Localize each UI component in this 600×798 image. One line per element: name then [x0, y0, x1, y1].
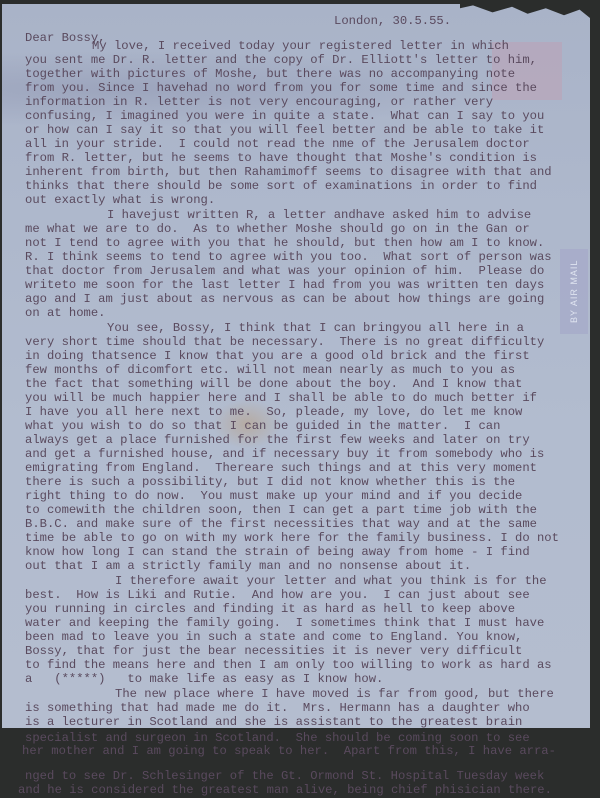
- letter-line: few months of dicomfort etc. will not me…: [25, 363, 515, 378]
- letter-line: The new place where I have moved is far …: [115, 687, 554, 702]
- letter-line: together with pictures of Moshe, but the…: [25, 67, 515, 82]
- letter-line: not I tend to agree with you that he sho…: [25, 236, 544, 251]
- letter-line: I havejust written R, a letter andhave a…: [107, 208, 531, 223]
- letter-line: best. How is Liki and Rutie. And how are…: [25, 588, 530, 603]
- letter-line: or how can I say it so that you will fee…: [25, 123, 544, 138]
- letter-line: there is such a possibility, but I did n…: [25, 475, 515, 490]
- letter-line: been mad to leave you in such a state an…: [25, 630, 522, 645]
- place-date: London, 30.5.55.: [334, 14, 451, 29]
- letter-line: is a lecturer in Scotland and she is ass…: [25, 715, 522, 730]
- letter-line: R. I think seems to tend to agree with y…: [25, 250, 552, 265]
- letter-line: me what we are to do. As to whether Mosh…: [25, 222, 530, 237]
- letter-line: B.B.C. and make sure of the first necess…: [25, 517, 537, 532]
- letter-line: I have you all here next to me. So, plea…: [25, 405, 522, 420]
- letter-line: ago and I am just about as nervous as ca…: [25, 292, 544, 307]
- letter-line: thinks that there should be some sort of…: [25, 179, 537, 194]
- letter-line: water and keeping the family going. I so…: [25, 616, 544, 631]
- letter-line: always get a place furnished for the fir…: [25, 433, 530, 448]
- letter-line: information in R. letter is not very enc…: [25, 95, 493, 110]
- letter-line: I therefore await your letter and what y…: [115, 574, 547, 589]
- letter-line: that doctor from Jerusalem and what was …: [25, 264, 544, 279]
- letter-line: to find the means here and then I am onl…: [25, 658, 552, 673]
- letter-line: and get a furnished house, and if necess…: [25, 447, 544, 462]
- letter-line: the fact that something will be done abo…: [25, 377, 522, 392]
- letter-line: time be able to go on with my work here …: [25, 531, 559, 546]
- letter-line: what you wish to do so that I can be gui…: [25, 419, 500, 434]
- letter-line: all in your stride. I could not read the…: [25, 137, 530, 152]
- letter-line: you sent me Dr. R. letter and the copy o…: [25, 53, 537, 68]
- letter-line: inherent from birth, but then Rahamimoff…: [25, 165, 552, 180]
- letter-line: out exactly what is wrong.: [25, 193, 215, 208]
- letter-line: you running in circles and finding it as…: [25, 602, 515, 617]
- letter-line: in doing thatsence I know that you are a…: [25, 349, 530, 364]
- letter-line: emigrating from England. Thereare such t…: [25, 461, 537, 476]
- letter-line: confusing, I imagined you were in quite …: [25, 109, 544, 124]
- letter-line: on at home.: [25, 306, 105, 321]
- letter-line: My love, I received today your registere…: [92, 39, 509, 54]
- letter-line: know how long I can stand the strain of …: [25, 545, 530, 560]
- letter-line: very short time should that be necessary…: [25, 335, 544, 350]
- letter-line: out that I am a strictly family man and …: [25, 559, 471, 574]
- airmail-label: BY AIR MAIL: [560, 249, 588, 334]
- letter-line: Bossy, that for just the bear necessitie…: [25, 644, 522, 659]
- letter-line: a (*****) to make life as easy as I know…: [25, 672, 383, 687]
- letter-line: from you. Since I havehad no word from y…: [25, 81, 537, 96]
- letter-line: you will be much happier here and I shal…: [25, 391, 537, 406]
- letter-line: from R. letter, but he seems to have tho…: [25, 151, 537, 166]
- letter-line: writeto me soon for the last letter I ha…: [25, 278, 544, 293]
- letter-line: is something that had made me do it. Mrs…: [25, 701, 530, 716]
- letter-line: to comewith the children soon, then I ca…: [25, 503, 537, 518]
- letter-line: right thing to do now. You must make up …: [25, 489, 522, 504]
- letter-body: London, 30.5.55. Dear Bossy, My love, I …: [0, 0, 588, 44]
- letter-line: You see, Bossy, I think that I can bring…: [107, 321, 524, 336]
